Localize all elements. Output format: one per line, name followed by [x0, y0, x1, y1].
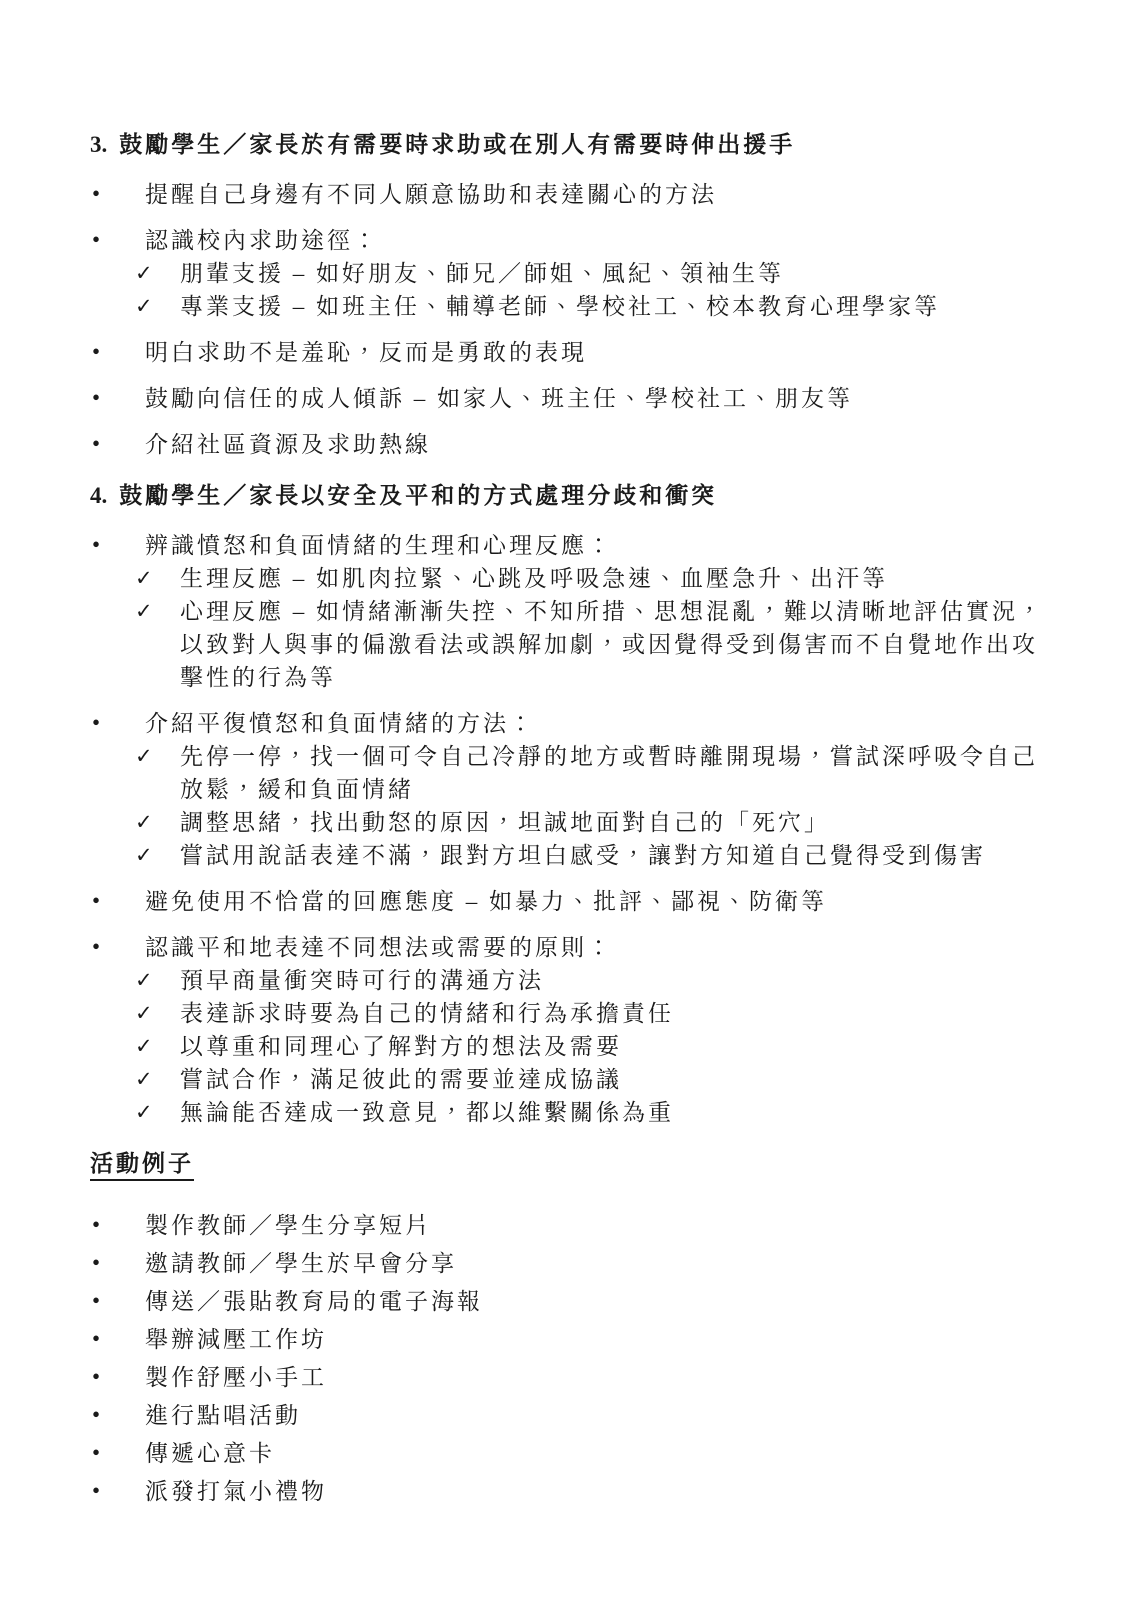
check-icon: ✓	[135, 806, 153, 839]
list-item-text: 邀請教師／學生於早會分享	[145, 1251, 457, 1276]
list-item: •提醒自己身邊有不同人願意協助和表達關心的方法	[90, 178, 1048, 211]
list-item: •避免使用不恰當的回應態度 – 如暴力、批評、鄙視、防衛等	[90, 885, 1048, 918]
check-item: ✓專業支援 – 如班主任、輔導老師、學校社工、校本教育心理學家等	[135, 290, 1048, 323]
list-item-text: 鼓勵向信任的成人傾訴 – 如家人、班主任、學校社工、朋友等	[145, 386, 853, 411]
check-item: ✓嘗試合作，滿足彼此的需要並達成協議	[135, 1063, 1048, 1096]
list-item: •派發打氣小禮物	[90, 1475, 1048, 1508]
document-section: 4.鼓勵學生／家長以安全及平和的方式處理分歧和衝突•辨識憤怒和負面情緒的生理和心…	[90, 479, 1048, 1129]
section-title: 鼓勵學生／家長於有需要時求助或在別人有需要時伸出援手	[119, 132, 795, 157]
check-item: ✓表達訴求時要為自己的情緒和行為承擔責任	[135, 997, 1048, 1030]
list-item: •邀請教師／學生於早會分享	[90, 1247, 1048, 1280]
list-item-text: 派發打氣小禮物	[145, 1479, 327, 1504]
bullet-icon: •	[92, 177, 100, 210]
section-number: 3.	[90, 132, 107, 157]
section-heading: 活動例子	[90, 1147, 1048, 1181]
list-item: •認識平和地表達不同想法或需要的原則：✓預早商量衝突時可行的溝通方法✓表達訴求時…	[90, 931, 1048, 1129]
bullet-icon: •	[92, 1436, 100, 1469]
bullet-icon: •	[92, 1322, 100, 1355]
list-item-text: 介紹社區資源及求助熱線	[145, 432, 431, 457]
list-item: •傳送／張貼教育局的電子海報	[90, 1285, 1048, 1318]
check-item: ✓調整思緒，找出動怒的原因，坦誠地面對自己的「死穴」	[135, 806, 1048, 839]
bullet-icon: •	[92, 1398, 100, 1431]
list-item: •製作教師／學生分享短片	[90, 1209, 1048, 1242]
list-item-text: 認識平和地表達不同想法或需要的原則：	[145, 935, 613, 960]
check-item-text: 調整思緒，找出動怒的原因，坦誠地面對自己的「死穴」	[180, 810, 830, 835]
bullet-icon: •	[92, 1474, 100, 1507]
bullet-icon: •	[92, 930, 100, 963]
check-icon: ✓	[135, 964, 153, 997]
check-list: ✓朋輩支援 – 如好朋友、師兄／師姐、風紀、領袖生等✓專業支援 – 如班主任、輔…	[135, 257, 1048, 323]
check-icon: ✓	[135, 740, 153, 773]
check-item-text: 嘗試用說話表達不滿，跟對方坦白感受，讓對方知道自己覺得受到傷害	[180, 843, 986, 868]
check-item-text: 表達訴求時要為自己的情緒和行為承擔責任	[180, 1001, 674, 1026]
check-item-text: 預早商量衝突時可行的溝通方法	[180, 968, 544, 993]
list-item-text: 進行點唱活動	[145, 1403, 301, 1428]
bullet-icon: •	[92, 335, 100, 368]
check-icon: ✓	[135, 839, 153, 872]
check-icon: ✓	[135, 562, 153, 595]
list-item: •辨識憤怒和負面情緒的生理和心理反應：✓生理反應 – 如肌肉拉緊、心跳及呼吸急速…	[90, 529, 1048, 694]
bullet-list: •提醒自己身邊有不同人願意協助和表達關心的方法•認識校內求助途徑：✓朋輩支援 –…	[90, 178, 1048, 461]
bullet-icon: •	[92, 1246, 100, 1279]
check-item-text: 嘗試合作，滿足彼此的需要並達成協議	[180, 1067, 622, 1092]
bullet-icon: •	[92, 528, 100, 561]
list-item: •傳遞心意卡	[90, 1437, 1048, 1470]
check-item-text: 先停一停，找一個可令自己冷靜的地方或暫時離開現場，嘗試深呼吸令自己放鬆，緩和負面…	[180, 744, 1038, 802]
list-item-text: 傳送／張貼教育局的電子海報	[145, 1289, 483, 1314]
list-item-text: 製作舒壓小手工	[145, 1365, 327, 1390]
list-item: •製作舒壓小手工	[90, 1361, 1048, 1394]
document-content: 3.鼓勵學生／家長於有需要時求助或在別人有需要時伸出援手•提醒自己身邊有不同人願…	[90, 128, 1048, 1513]
check-item: ✓心理反應 – 如情緒漸漸失控、不知所措、思想混亂，難以清晰地評估實況，以致對人…	[135, 595, 1048, 694]
section-title: 鼓勵學生／家長以安全及平和的方式處理分歧和衝突	[119, 483, 717, 508]
section-heading: 3.鼓勵學生／家長於有需要時求助或在別人有需要時伸出援手	[90, 128, 1048, 162]
check-item: ✓嘗試用說話表達不滿，跟對方坦白感受，讓對方知道自己覺得受到傷害	[135, 839, 1048, 872]
bullet-icon: •	[92, 427, 100, 460]
section-title: 活動例子	[90, 1151, 194, 1181]
list-item-text: 認識校內求助途徑：	[145, 228, 379, 253]
check-list: ✓生理反應 – 如肌肉拉緊、心跳及呼吸急速、血壓急升、出汗等✓心理反應 – 如情…	[135, 562, 1048, 694]
list-item: •舉辦減壓工作坊	[90, 1323, 1048, 1356]
check-icon: ✓	[135, 1030, 153, 1063]
list-item: •明白求助不是羞恥，反而是勇敢的表現	[90, 336, 1048, 369]
list-item-text: 製作教師／學生分享短片	[145, 1213, 431, 1238]
list-item-text: 舉辦減壓工作坊	[145, 1327, 327, 1352]
document-section: 活動例子•製作教師／學生分享短片•邀請教師／學生於早會分享•傳送／張貼教育局的電…	[90, 1147, 1048, 1508]
section-number: 4.	[90, 483, 107, 508]
check-item-text: 無論能否達成一致意見，都以維繫關係為重	[180, 1100, 674, 1125]
list-item: •介紹社區資源及求助熱線	[90, 428, 1048, 461]
list-item: •介紹平復憤怒和負面情緒的方法：✓先停一停，找一個可令自己冷靜的地方或暫時離開現…	[90, 707, 1048, 872]
bullet-icon: •	[92, 381, 100, 414]
list-item: •進行點唱活動	[90, 1399, 1048, 1432]
check-item-text: 以尊重和同理心了解對方的想法及需要	[180, 1034, 622, 1059]
check-item-text: 心理反應 – 如情緒漸漸失控、不知所措、思想混亂，難以清晰地評估實況，以致對人與…	[180, 599, 1044, 690]
list-item-text: 傳遞心意卡	[145, 1441, 275, 1466]
bullet-list: •辨識憤怒和負面情緒的生理和心理反應：✓生理反應 – 如肌肉拉緊、心跳及呼吸急速…	[90, 529, 1048, 1129]
check-item-text: 朋輩支援 – 如好朋友、師兄／師姐、風紀、領袖生等	[180, 261, 784, 286]
bullet-icon: •	[92, 1360, 100, 1393]
document-page: 3.鼓勵學生／家長於有需要時求助或在別人有需要時伸出援手•提醒自己身邊有不同人願…	[0, 0, 1131, 1600]
check-icon: ✓	[135, 595, 153, 628]
check-item: ✓生理反應 – 如肌肉拉緊、心跳及呼吸急速、血壓急升、出汗等	[135, 562, 1048, 595]
check-icon: ✓	[135, 257, 153, 290]
check-icon: ✓	[135, 1096, 153, 1129]
document-section: 3.鼓勵學生／家長於有需要時求助或在別人有需要時伸出援手•提醒自己身邊有不同人願…	[90, 128, 1048, 461]
section-heading: 4.鼓勵學生／家長以安全及平和的方式處理分歧和衝突	[90, 479, 1048, 513]
check-item: ✓朋輩支援 – 如好朋友、師兄／師姐、風紀、領袖生等	[135, 257, 1048, 290]
bullet-icon: •	[92, 884, 100, 917]
check-icon: ✓	[135, 997, 153, 1030]
check-item-text: 生理反應 – 如肌肉拉緊、心跳及呼吸急速、血壓急升、出汗等	[180, 566, 888, 591]
check-icon: ✓	[135, 1063, 153, 1096]
bullet-icon: •	[92, 1208, 100, 1241]
check-list: ✓先停一停，找一個可令自己冷靜的地方或暫時離開現場，嘗試深呼吸令自己放鬆，緩和負…	[135, 740, 1048, 872]
check-icon: ✓	[135, 290, 153, 323]
list-item-text: 介紹平復憤怒和負面情緒的方法：	[145, 711, 535, 736]
check-item: ✓預早商量衝突時可行的溝通方法	[135, 964, 1048, 997]
list-item-text: 明白求助不是羞恥，反而是勇敢的表現	[145, 340, 587, 365]
list-item-text: 辨識憤怒和負面情緒的生理和心理反應：	[145, 533, 613, 558]
check-item: ✓無論能否達成一致意見，都以維繫關係為重	[135, 1096, 1048, 1129]
bullet-icon: •	[92, 706, 100, 739]
list-item: •鼓勵向信任的成人傾訴 – 如家人、班主任、學校社工、朋友等	[90, 382, 1048, 415]
bullet-icon: •	[92, 223, 100, 256]
bullet-icon: •	[92, 1284, 100, 1317]
check-list: ✓預早商量衝突時可行的溝通方法✓表達訴求時要為自己的情緒和行為承擔責任✓以尊重和…	[135, 964, 1048, 1129]
check-item: ✓先停一停，找一個可令自己冷靜的地方或暫時離開現場，嘗試深呼吸令自己放鬆，緩和負…	[135, 740, 1048, 806]
bullet-list: •製作教師／學生分享短片•邀請教師／學生於早會分享•傳送／張貼教育局的電子海報•…	[90, 1209, 1048, 1508]
list-item: •認識校內求助途徑：✓朋輩支援 – 如好朋友、師兄／師姐、風紀、領袖生等✓專業支…	[90, 224, 1048, 323]
list-item-text: 避免使用不恰當的回應態度 – 如暴力、批評、鄙視、防衛等	[145, 889, 827, 914]
list-item-text: 提醒自己身邊有不同人願意協助和表達關心的方法	[145, 182, 717, 207]
check-item: ✓以尊重和同理心了解對方的想法及需要	[135, 1030, 1048, 1063]
check-item-text: 專業支援 – 如班主任、輔導老師、學校社工、校本教育心理學家等	[180, 294, 940, 319]
